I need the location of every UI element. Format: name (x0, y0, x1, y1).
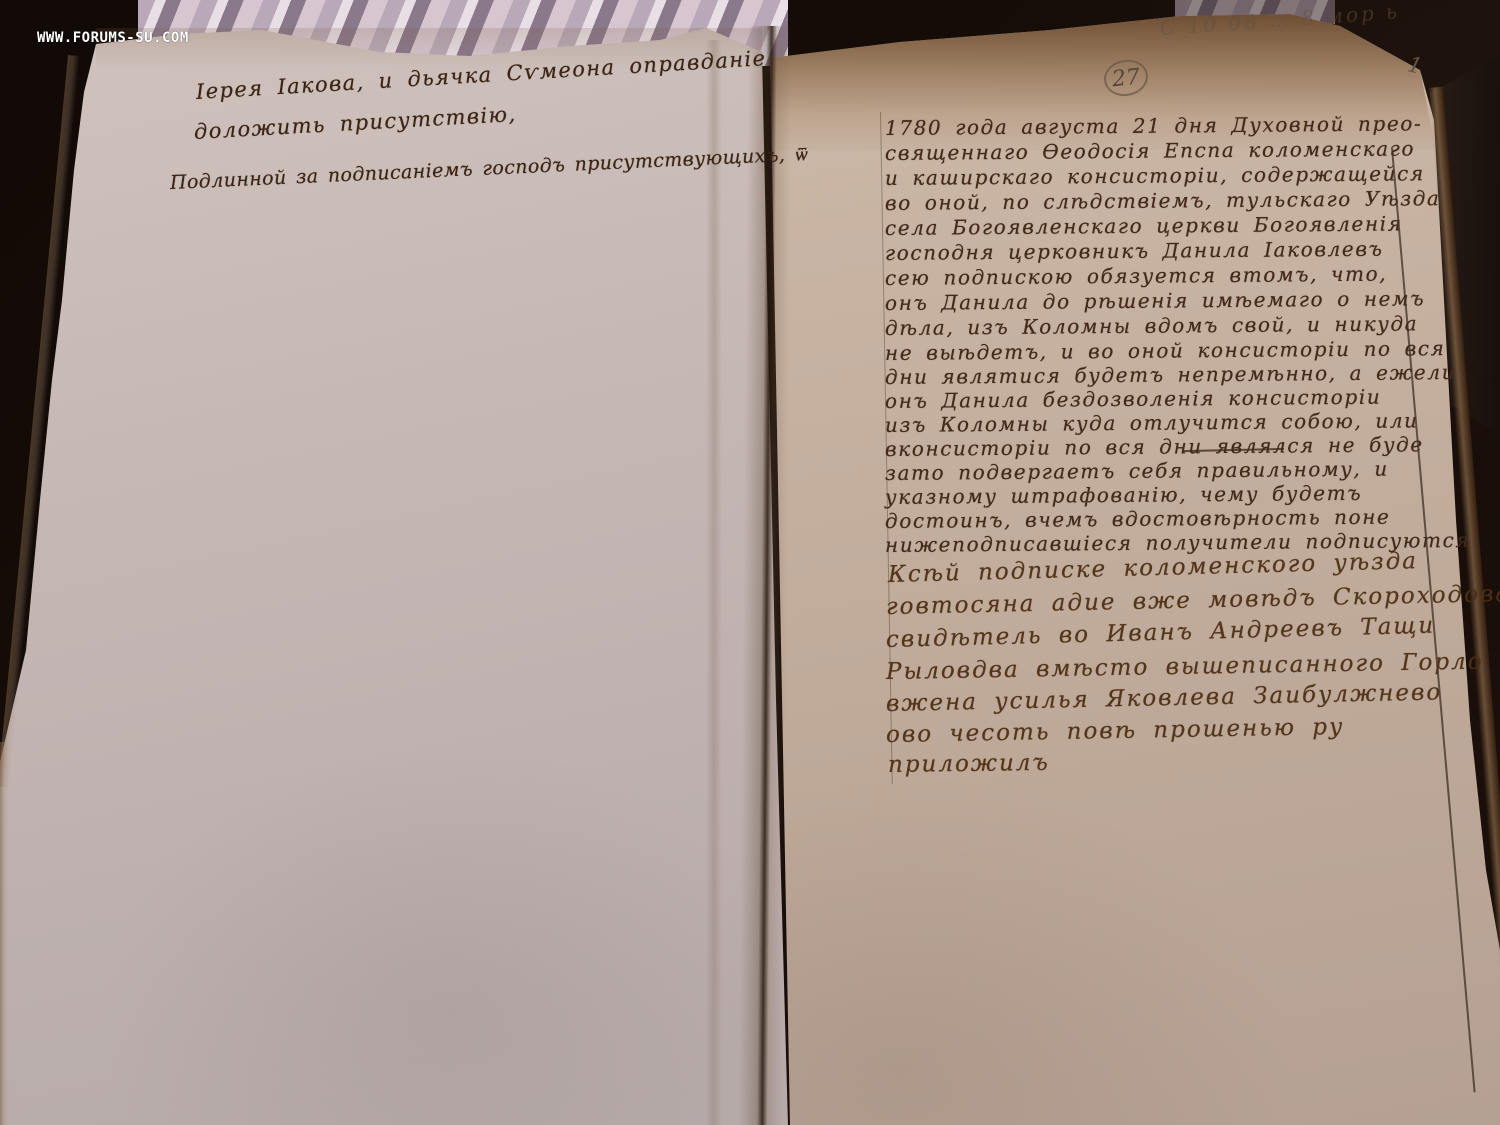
left-page-fold-crease (706, 40, 722, 1125)
page-number: 27 (1111, 64, 1141, 92)
right-page-line: священнаго Ѳеодосія Епспа коломенскаго (885, 136, 1415, 165)
corner-mark: 1 (1405, 52, 1425, 80)
right-page-line: 1780 года августа 21 дня Духовной прео- (885, 111, 1423, 140)
right-page-line: господня церковникъ Данила Іаковлевъ (885, 237, 1384, 265)
right-page-line: онъ Данила до рѣшенія имѣемаго о немъ (885, 286, 1425, 315)
signature-line: приложилъ (888, 750, 1050, 778)
right-page-line: и каширскаго консисторіи, содержащейся (885, 161, 1425, 190)
right-page-line: дѣла, изъ Коломны вдомъ свой, и никуда (885, 311, 1418, 340)
right-page-line: во оной, по слѣдствіемъ, тульскаго Уѣзда (885, 186, 1441, 215)
right-page-line: сею подпискою обязуется втомъ, что, (885, 262, 1387, 290)
left-page-bottom-edge (0, 742, 9, 1125)
manuscript-photo: WWW.FORUMS-SU.COM 27 С 10 08 … 8 мор ь 1… (0, 0, 1500, 1125)
right-page-line: села Богоявленскаго церкви Богоявленія (885, 211, 1403, 240)
book-gutter (738, 26, 792, 1125)
watermark: WWW.FORUMS-SU.COM (37, 30, 189, 46)
